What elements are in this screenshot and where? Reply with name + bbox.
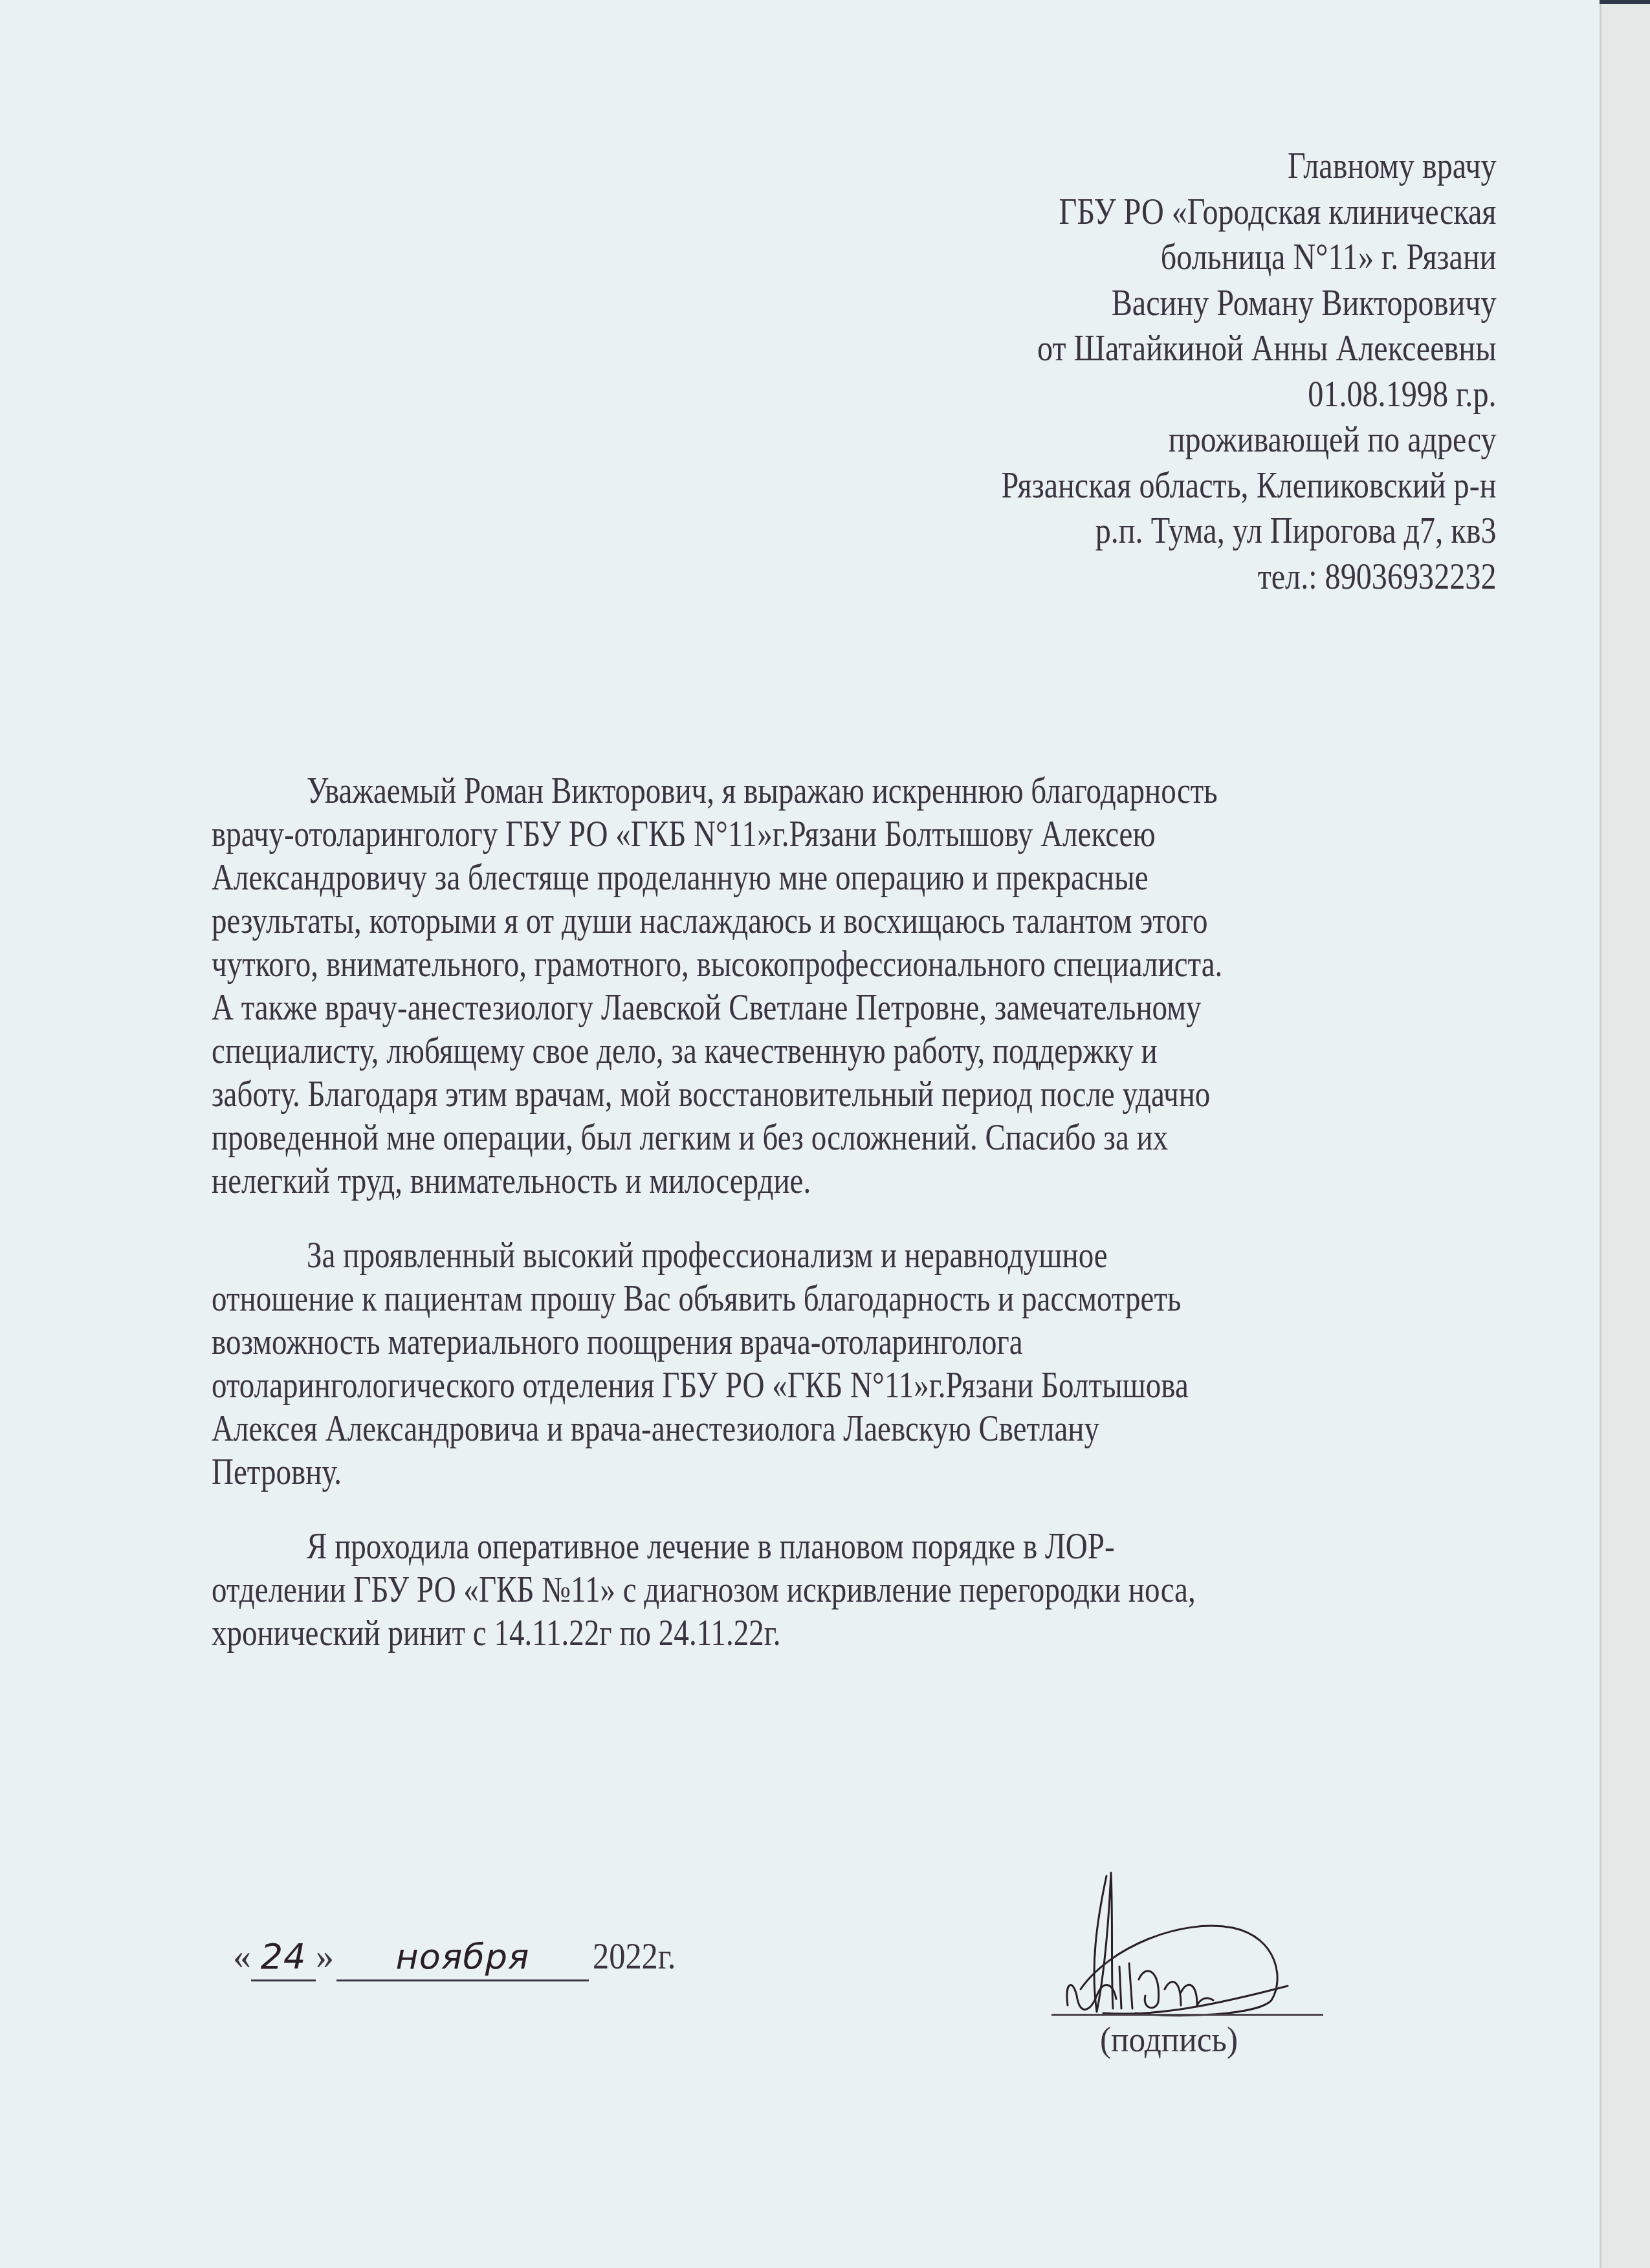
sender-birthdate: 01.08.1998 г.р. — [1001, 372, 1496, 418]
body-line: Александровичу за блестяще проделанную м… — [212, 856, 1467, 900]
body-line: Уважаемый Роман Викторович, я выражаю ис… — [212, 770, 1467, 813]
body-line: заботу. Благодаря этим врачам, мой восст… — [212, 1073, 1467, 1117]
close-quote: » — [316, 1937, 334, 1977]
date-month-handwritten: ноября — [336, 1934, 589, 1981]
handwritten-signature-icon — [1051, 1850, 1323, 2018]
body-line: отношение к пациентам прошу Вас объявить… — [212, 1278, 1467, 1321]
scan-edge — [1600, 0, 1650, 4]
body-line: хронический ринит с 14.11.22г по 24.11.2… — [212, 1612, 1467, 1655]
sender-phone: тел.: 89036932232 — [1001, 554, 1496, 600]
body-line: Алексея Александровича и врача-анестезио… — [212, 1408, 1467, 1451]
body-line: возможность материального поощрения врач… — [212, 1321, 1467, 1364]
date-day-handwritten: 24 — [251, 1934, 316, 1981]
body-line: чуткого, внимательного, грамотного, высо… — [212, 943, 1467, 987]
letter-body: Уважаемый Роман Викторович, я выражаю ис… — [212, 770, 1467, 1686]
body-line: проведенной мне операции, был легким и б… — [212, 1117, 1467, 1160]
signature-line — [1051, 2014, 1323, 2016]
sender-line: от Шатайкиной Анны Алексеевны — [1001, 326, 1496, 372]
body-line: результаты, которыми я от души наслаждаю… — [212, 900, 1467, 943]
body-line: Я проходила оперативное лечение в планов… — [212, 1525, 1467, 1569]
sender-address-line: Рязанская область, Клепиковский р-н — [1001, 463, 1496, 509]
body-line: А также врачу-анестезиологу Лаевской Све… — [212, 987, 1467, 1030]
body-line: отоларингологического отделения ГБУ РО «… — [212, 1364, 1467, 1408]
body-line: специалисту, любящему свое дело, за каче… — [212, 1030, 1467, 1073]
sender-address-line: р.п. Тума, ул Пирогова д7, кв3 — [1001, 508, 1496, 554]
signature-caption: (подпись) — [1100, 2020, 1238, 2060]
addressee-block: Главному врачу ГБУ РО «Городская клиниче… — [1001, 144, 1496, 600]
sender-address-label: проживающей по адресу — [1001, 417, 1496, 463]
paragraph-gratitude: Уважаемый Роман Викторович, я выражаю ис… — [212, 770, 1467, 1203]
paragraph-request: За проявленный высокий профессионализм и… — [212, 1234, 1467, 1494]
paragraph-treatment: Я проходила оперативное лечение в планов… — [212, 1525, 1467, 1655]
addressee-line: Главному врачу — [1001, 144, 1496, 190]
addressee-line: Васину Роману Викторовичу — [1001, 281, 1496, 327]
addressee-line: ГБУ РО «Городская клиническая — [1001, 190, 1496, 235]
addressee-line: больница N°11» г. Рязани — [1001, 235, 1496, 281]
date-year: 2022г. — [593, 1934, 676, 1979]
body-line: нелегкий труд, внимательность и милосерд… — [212, 1160, 1467, 1203]
body-line: За проявленный высокий профессионализм и… — [212, 1234, 1467, 1278]
signature-block: (подпись) — [1051, 1850, 1323, 2057]
body-line: Петровну. — [212, 1451, 1467, 1494]
body-line: отделении ГБУ РО «ГКБ №11» с диагнозом и… — [212, 1569, 1467, 1612]
body-line: врачу-отоларингологу ГБУ РО «ГКБ N°11»г.… — [212, 813, 1467, 856]
open-quote: « — [233, 1937, 251, 1977]
date-field: «24»ноября2022г. — [233, 1934, 685, 1981]
